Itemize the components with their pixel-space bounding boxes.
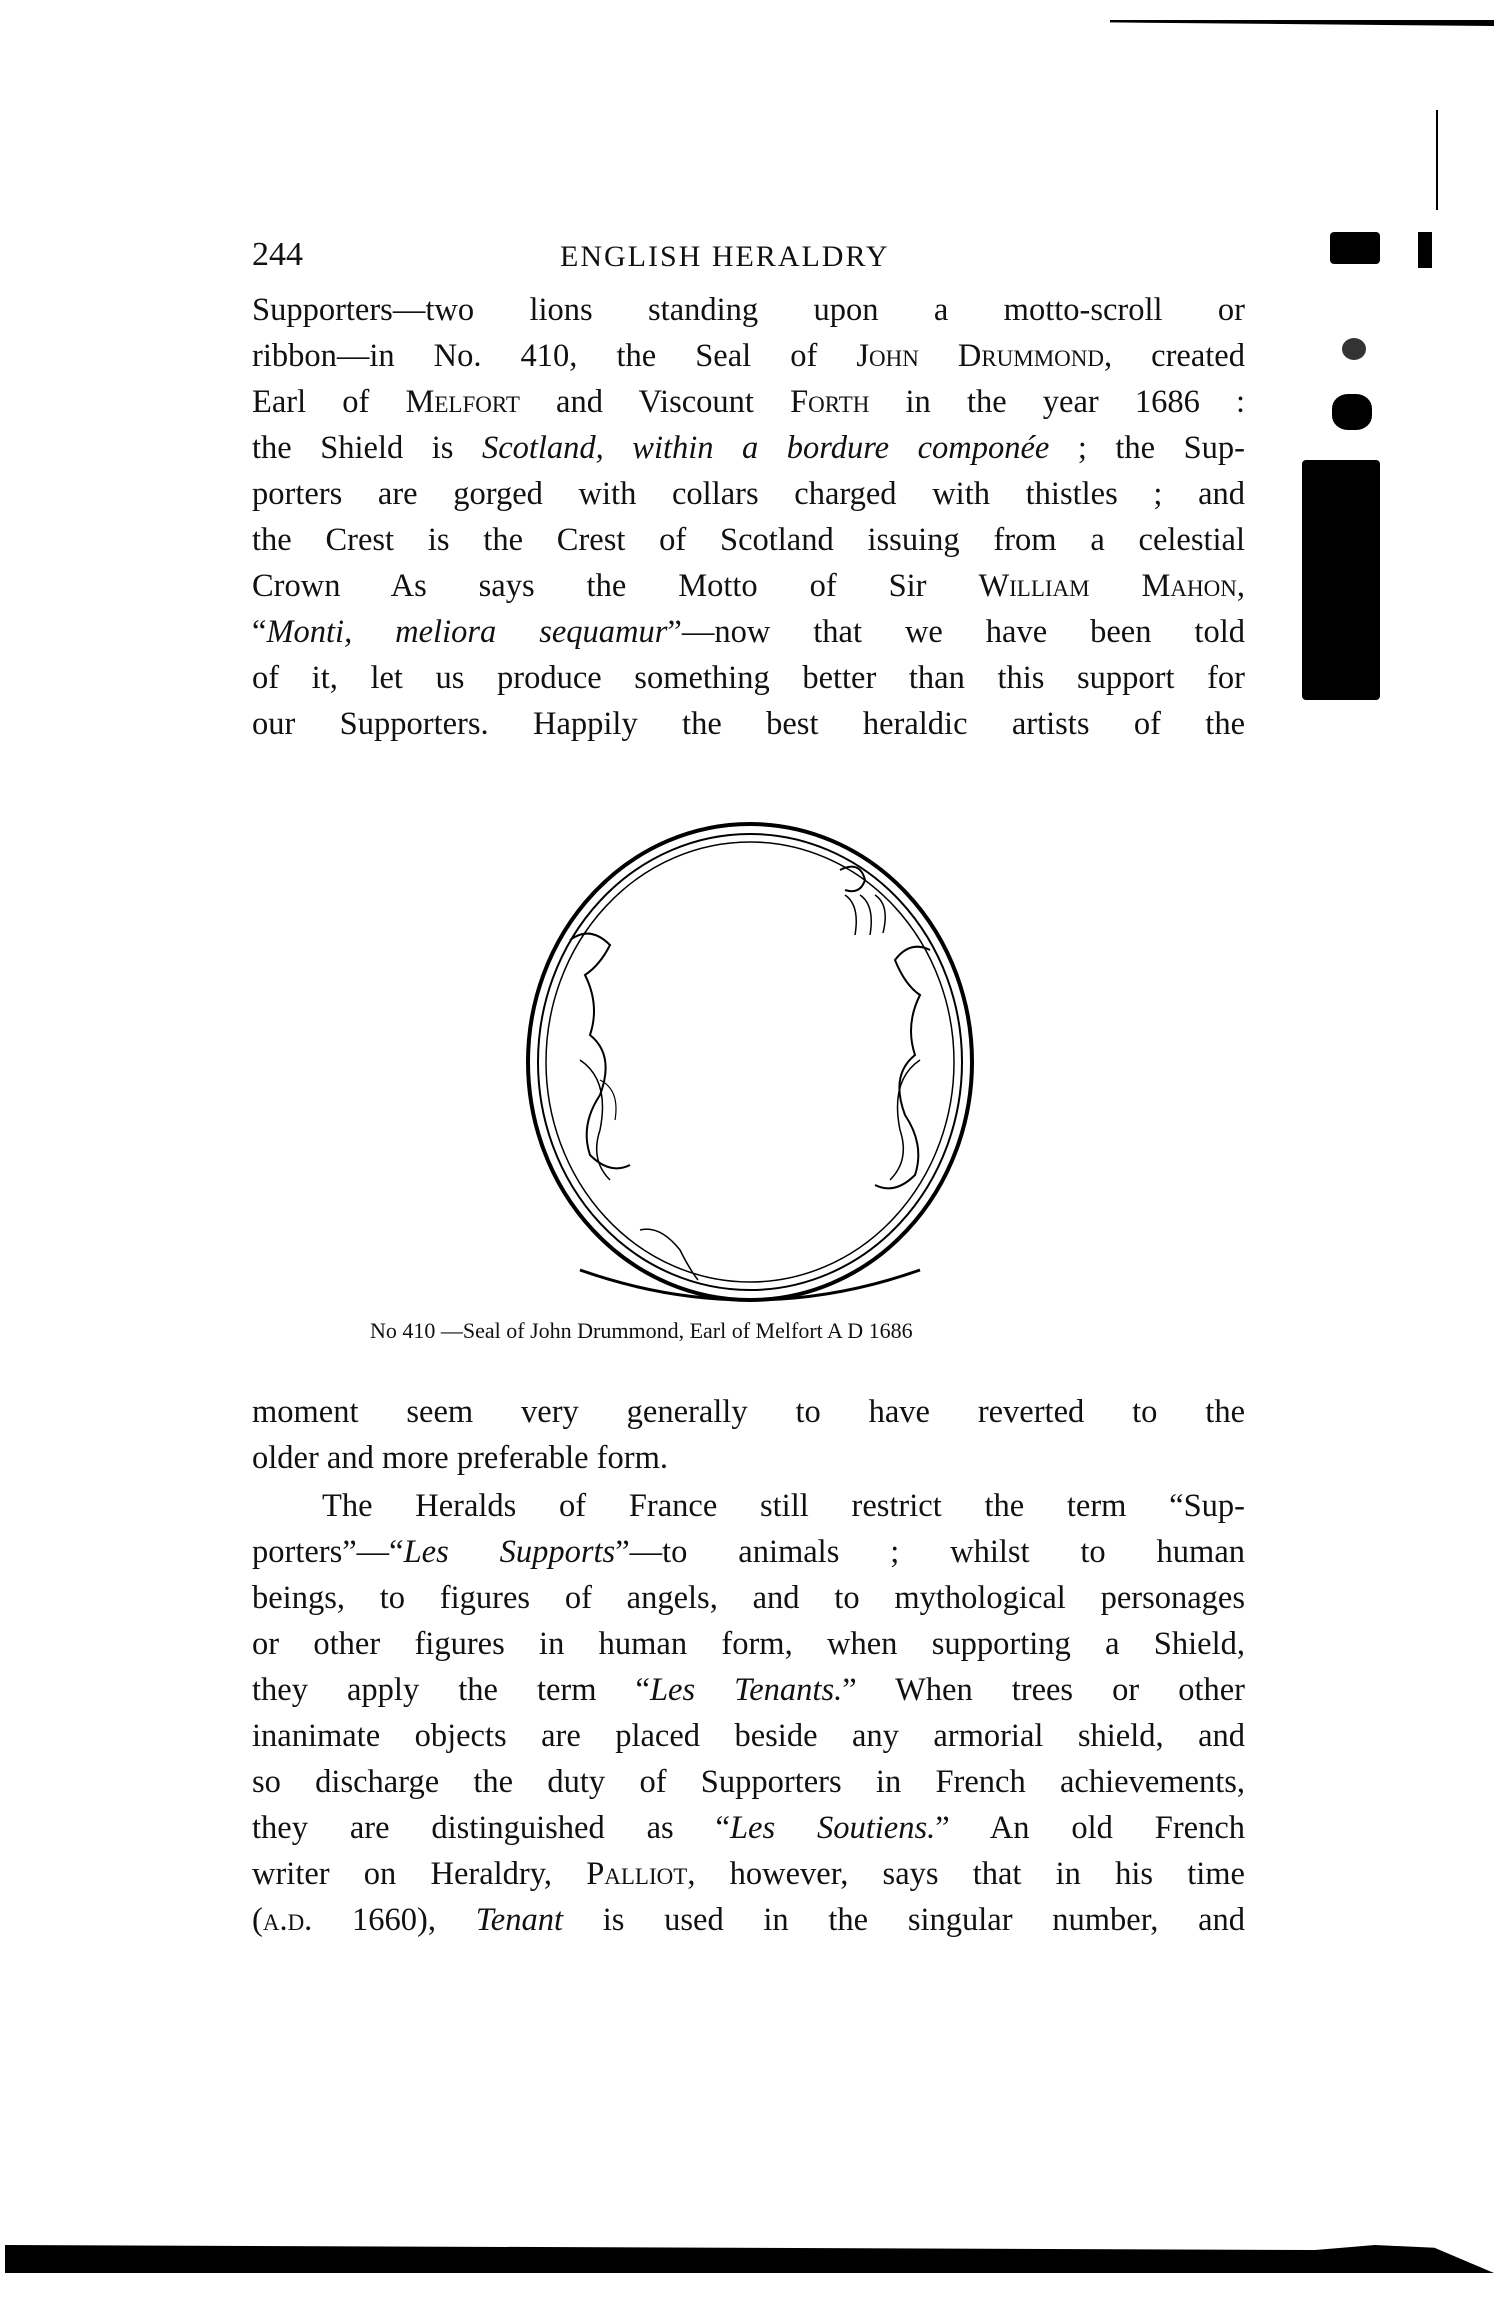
running-title: ENGLISH HERALDRY <box>560 240 890 274</box>
text-line: they are distinguished as “Les Soutiens.… <box>252 1808 1245 1848</box>
scan-line-right <box>1436 110 1438 210</box>
text-line: the Crest is the Crest of Scotland issui… <box>252 520 1245 560</box>
text-line: ribbon—in No. 410, the Seal of John Drum… <box>252 336 1245 376</box>
seal-illustration <box>500 800 1000 1320</box>
text-line: porters are gorged with collars charged … <box>252 474 1245 514</box>
person-name: John Drummond <box>856 338 1104 374</box>
scan-smudge-1 <box>1330 232 1380 264</box>
person-name: William Mahon <box>978 568 1236 604</box>
text-line: Earl of Melfort and Viscount Forth in th… <box>252 382 1245 422</box>
text-line: moment seem very generally to have rever… <box>252 1392 1245 1432</box>
french-term: Les Supports <box>404 1534 616 1570</box>
scan-edge-right-1 <box>1418 232 1432 268</box>
text-line: our Supporters. Happily the best heraldi… <box>252 704 1245 744</box>
text-line: beings, to figures of angels, and to myt… <box>252 1578 1245 1618</box>
text-line: or other figures in human form, when sup… <box>252 1624 1245 1664</box>
text-line: they apply the term “Les Tenants.” When … <box>252 1670 1245 1710</box>
text-line: porters”—“Les Supports”—to animals ; whi… <box>252 1532 1245 1572</box>
french-term: Les Tenants. <box>650 1672 842 1708</box>
motto: Monti, meliora sequamur <box>266 614 667 650</box>
french-term: Les Soutiens. <box>730 1810 935 1846</box>
page-number: 244 <box>252 236 303 274</box>
text-line: so discharge the duty of Supporters in F… <box>252 1762 1245 1802</box>
scan-smudge-2 <box>1342 338 1366 360</box>
text-line: “Monti, meliora sequamur”—now that we ha… <box>252 612 1245 652</box>
text-line: of it, let us produce something better t… <box>252 658 1245 698</box>
title-name: Forth <box>790 384 869 420</box>
title-name: Melfort <box>405 384 519 420</box>
scan-smudge-3 <box>1332 394 1372 430</box>
french-term: Tenant <box>476 1902 563 1938</box>
text-line: older and more preferable form. <box>252 1438 1245 1478</box>
text-line: writer on Heraldry, Palliot, however, sa… <box>252 1854 1245 1894</box>
scan-edge-top <box>1110 20 1494 26</box>
paragraph-start: The Heralds of France still restrict the… <box>252 1486 1245 1526</box>
person-name: Palliot <box>586 1856 687 1892</box>
blazon: Scotland, within a bordure componée <box>482 430 1049 466</box>
figure-caption: No 410 —Seal of John Drummond, Earl of M… <box>370 1318 913 1344</box>
text-line: Crown As says the Motto of Sir William M… <box>252 566 1245 606</box>
text-line: Supporters—two lions standing upon a mot… <box>252 290 1245 330</box>
era-abbrev: a.d. <box>263 1902 312 1938</box>
text-line: the Shield is Scotland, within a bordure… <box>252 428 1245 468</box>
scan-bar-vertical <box>1302 460 1380 700</box>
text-line: (a.d. 1660), Tenant is used in the singu… <box>252 1900 1245 1940</box>
text-line: inanimate objects are placed beside any … <box>252 1716 1245 1756</box>
scan-bar-horizontal <box>5 2245 1494 2273</box>
